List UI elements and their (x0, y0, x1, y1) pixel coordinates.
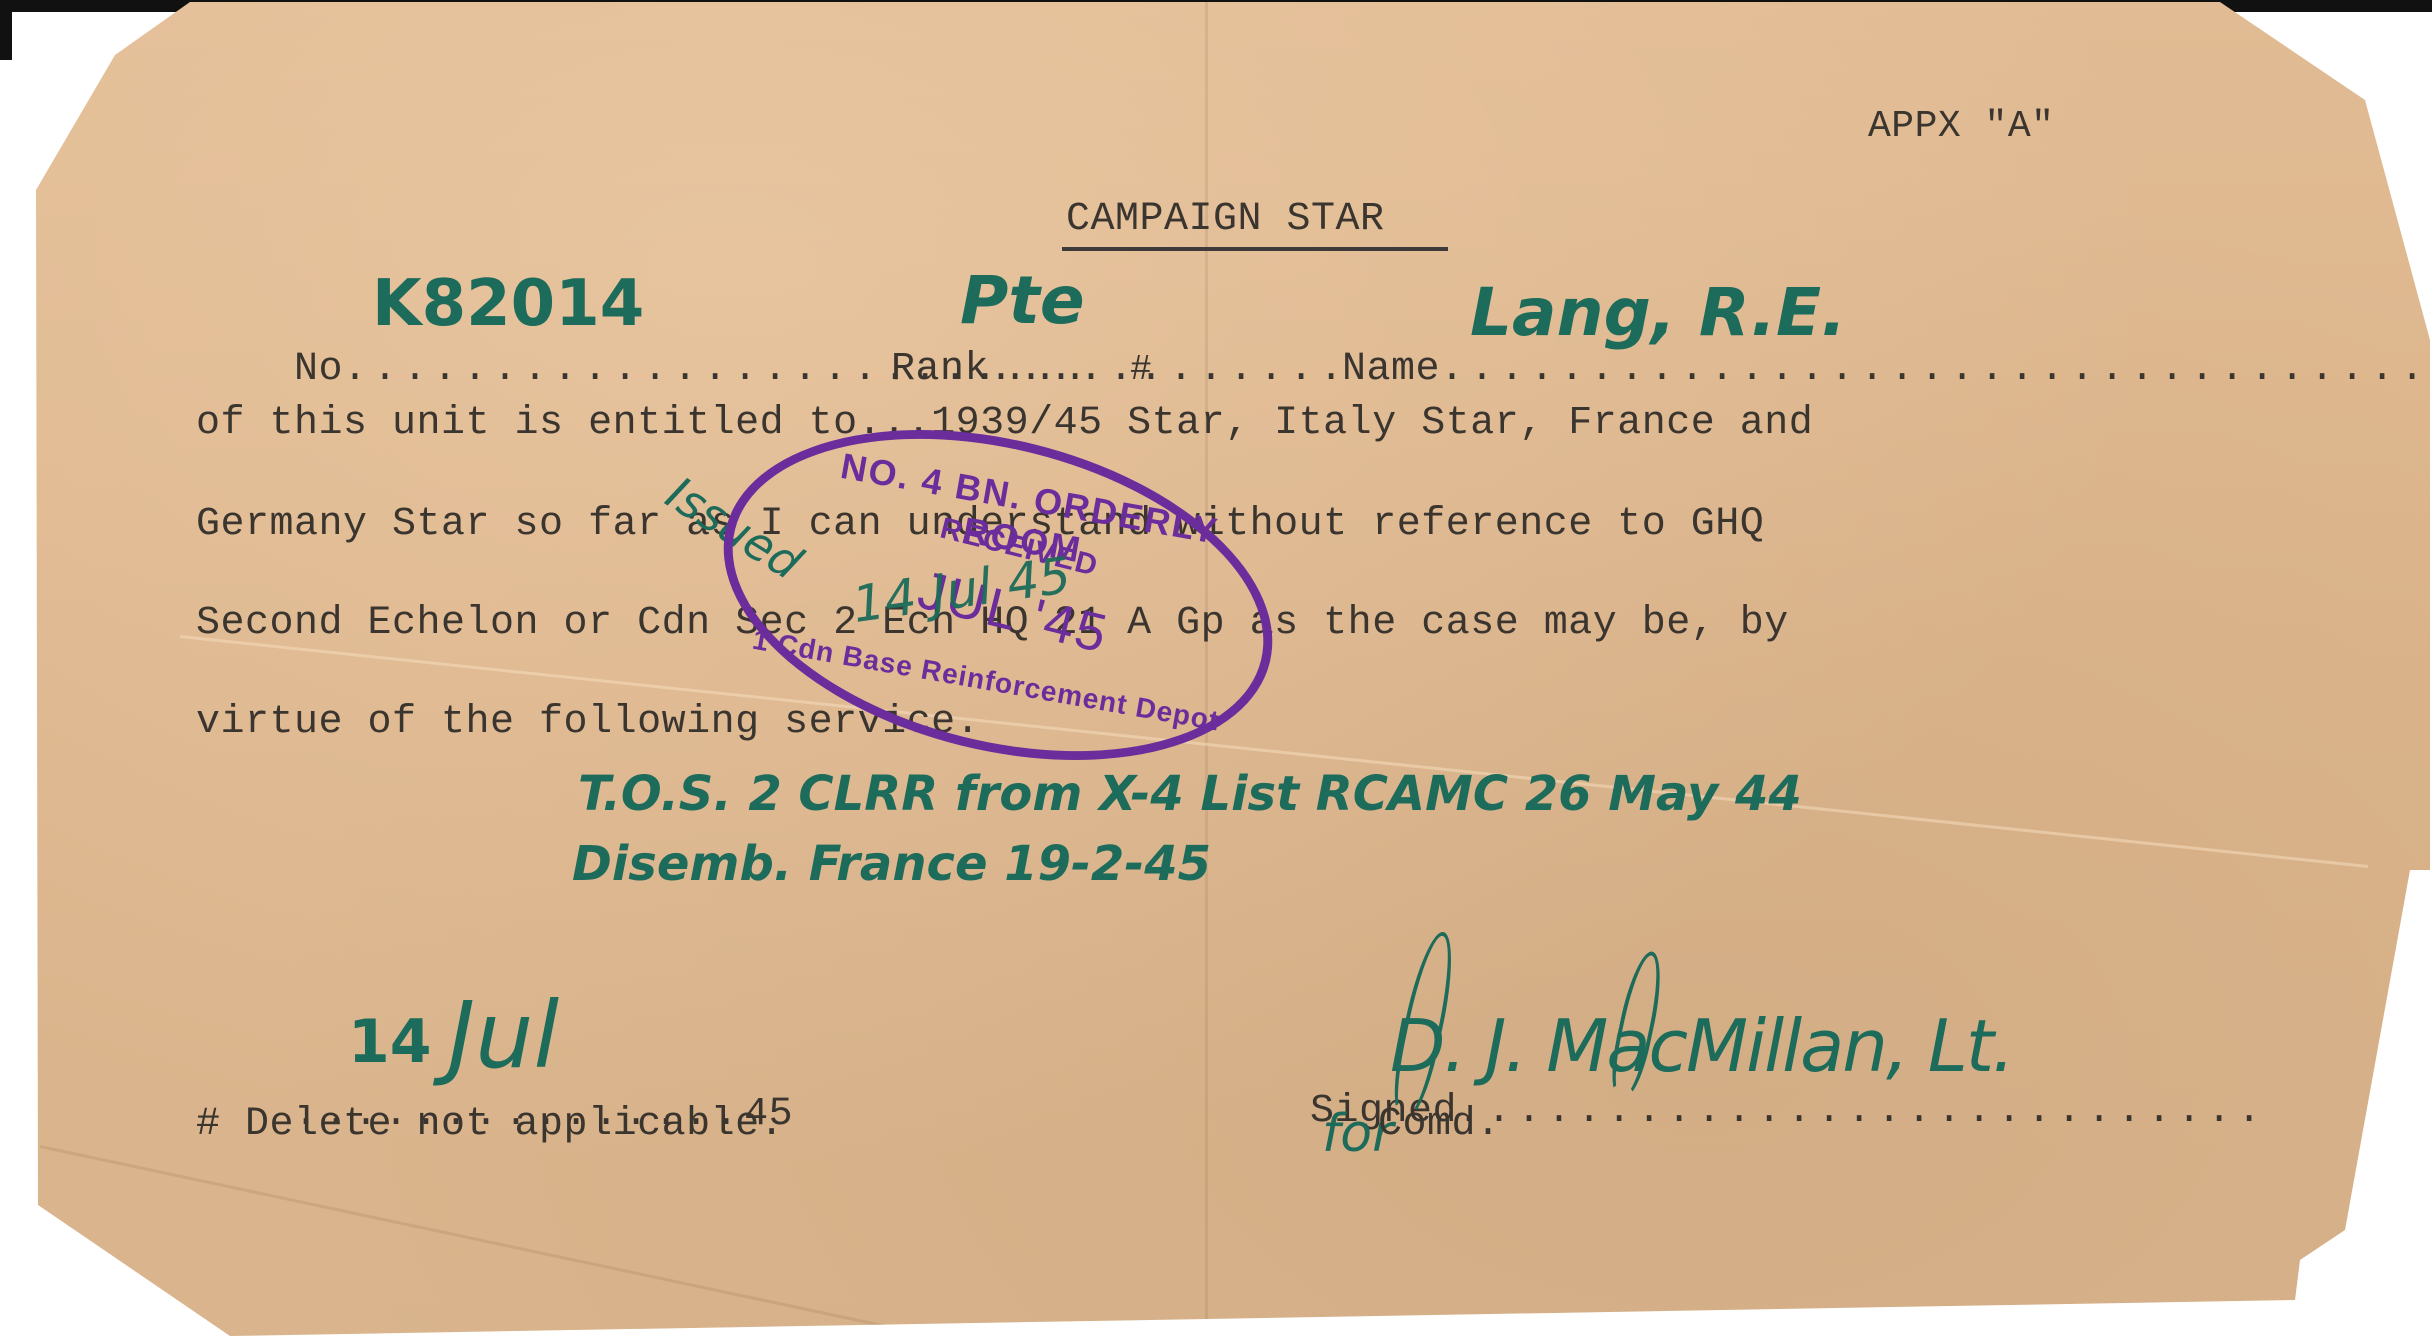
date-month: Jul (448, 990, 559, 1082)
appendix-label: APPX "A" (1868, 108, 2054, 146)
signature: D. J. MacMillan, Lt. (1390, 1010, 2013, 1082)
service-note-line-1: T.O.S. 2 CLRR from X-4 List RCAMC 26 May… (578, 770, 1802, 818)
title-underline (1062, 247, 1448, 251)
document-paper: APPX "A" CAMPAIGN STAR No...............… (0, 0, 2432, 1336)
diagonal-crease (180, 635, 2368, 868)
footnote: # Delete not applicable. (196, 1105, 784, 1145)
name-value: Lang, R.E. (1470, 280, 1846, 346)
date-day: 14 (348, 1012, 432, 1072)
rank-value: Pte (960, 268, 1085, 334)
scanner-edge-left (0, 0, 12, 60)
hash-mark: # (1130, 352, 1152, 388)
document-title: CAMPAIGN STAR (1066, 200, 1385, 240)
service-note-line-2: Disemb. France 19-2-45 (572, 840, 1211, 888)
service-number-value: K82014 (372, 272, 644, 336)
comd-label: Comd. (1378, 1105, 1501, 1145)
